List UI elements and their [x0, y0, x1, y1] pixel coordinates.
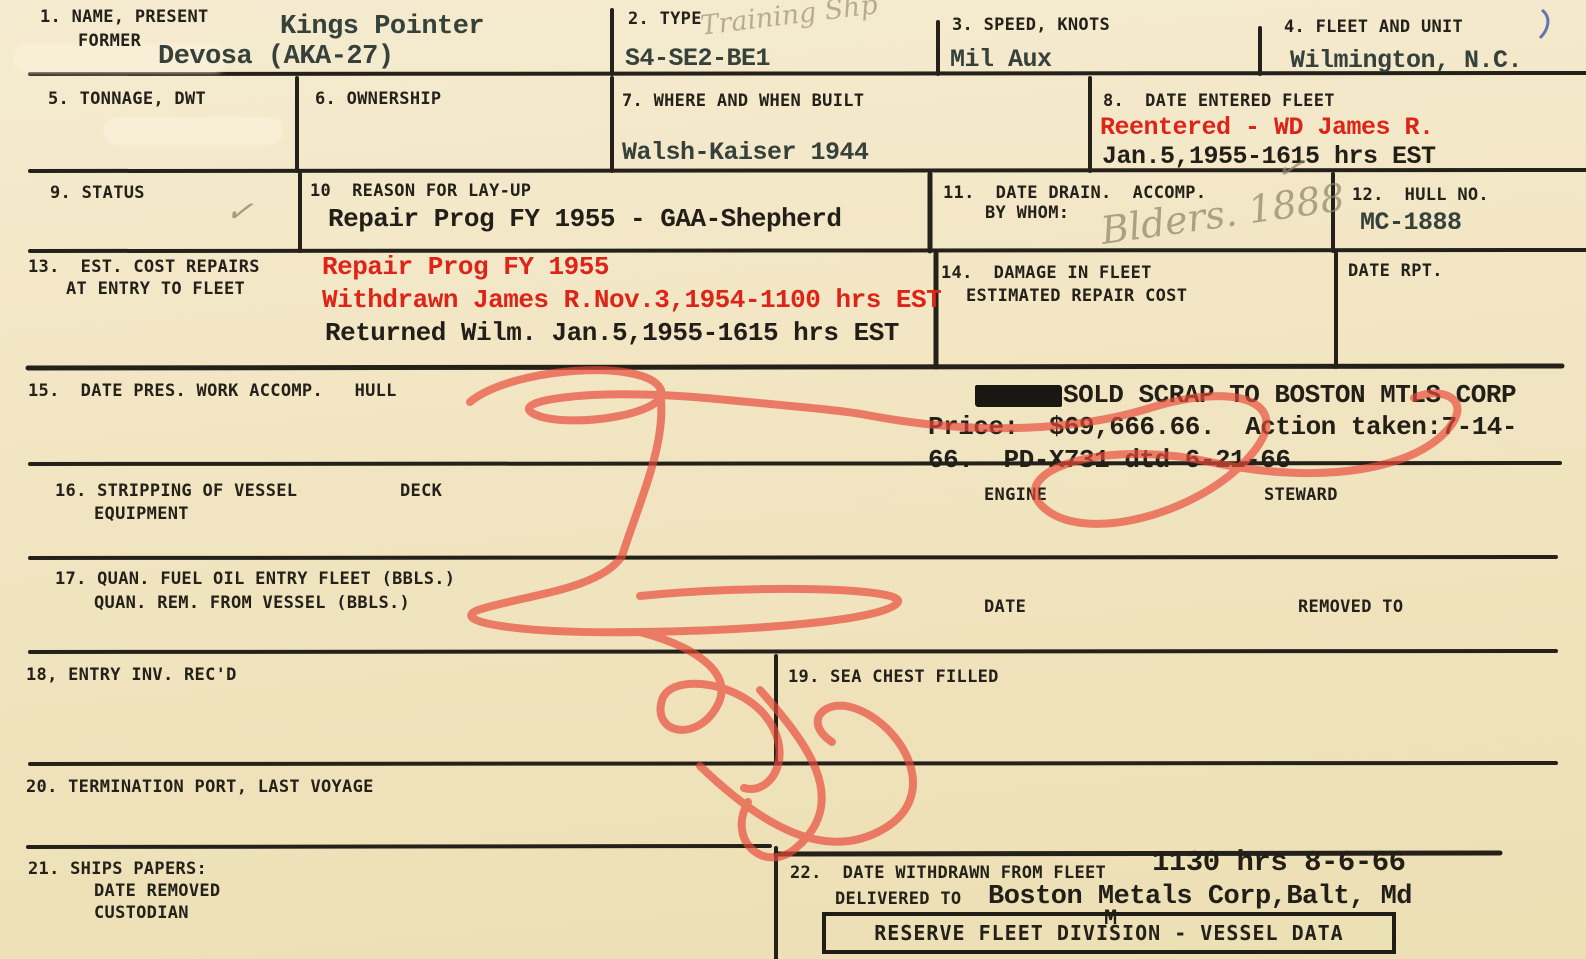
- field21-label-line2: DATE REMOVED: [94, 882, 220, 901]
- field11-label-by-whom: BY WHOM:: [985, 204, 1069, 223]
- field22-value-date: 1130 hrs 8-6-66: [1152, 846, 1406, 879]
- field1-label: 1. NAME, PRESENT: [40, 8, 209, 27]
- field10-label: 10 REASON FOR LAY-UP: [310, 182, 531, 201]
- field4-value: Wilmington, N.C.: [1290, 46, 1522, 75]
- field4-label: 4. FLEET AND UNIT: [1284, 18, 1463, 37]
- field15-sold-line3: 66. PD-X731 dtd 6-21-66: [928, 445, 1290, 475]
- field13-red-line2: Withdrawn James R.Nov.3,1954-1100 hrs ES…: [322, 285, 941, 315]
- field21-label: 21. SHIPS PAPERS:: [28, 860, 207, 879]
- field19-label: 19. SEA CHEST FILLED: [788, 668, 999, 687]
- field1-label-former: FORMER: [78, 32, 141, 51]
- field16-label-line2: EQUIPMENT: [94, 505, 189, 524]
- field21-label-line3: CUSTODIAN: [94, 904, 189, 923]
- field3-value: Mil Aux: [950, 45, 1052, 74]
- field12-value: MC-1888: [1360, 208, 1462, 237]
- field16-label: 16. STRIPPING OF VESSEL: [55, 482, 297, 501]
- field10-value: Repair Prog FY 1955 - GAA-Shepherd: [328, 204, 842, 234]
- field14-date-rpt-label: DATE RPT.: [1348, 262, 1443, 281]
- field13-label: 13. EST. COST REPAIRS: [28, 258, 260, 277]
- field13-black-line: Returned Wilm. Jan.5,1955-1615 hrs EST: [325, 318, 899, 348]
- field14-label: 14. DAMAGE IN FLEET: [941, 264, 1152, 283]
- field17-col-removed-to: REMOVED TO: [1298, 598, 1403, 617]
- field17-label-line2: QUAN. REM. FROM VESSEL (BBLS.): [94, 594, 410, 613]
- field16-col-deck: DECK: [400, 482, 442, 501]
- field22-label-delivered: DELIVERED TO: [835, 890, 961, 909]
- field13-label-line2: AT ENTRY TO FLEET: [66, 280, 245, 299]
- field8-label: 8. DATE ENTERED FLEET: [1103, 92, 1335, 111]
- field8-value-red: Reentered - WD James R.: [1100, 113, 1434, 142]
- field17-label: 17. QUAN. FUEL OIL ENTRY FLEET (BBLS.): [55, 570, 455, 589]
- field7-value: Walsh-Kaiser 1944: [622, 138, 869, 167]
- field8-value-date: Jan.5,1955-1615 hrs EST: [1102, 142, 1436, 171]
- field9-status-checkmark: ✓: [223, 190, 255, 231]
- field14-label-line2: ESTIMATED REPAIR COST: [966, 287, 1187, 306]
- field16-col-steward: STEWARD: [1264, 486, 1338, 505]
- field2-label: 2. TYPE: [628, 10, 702, 29]
- field15-sold-line2: Price: $69,666.66. Action taken:7-14-: [928, 412, 1517, 442]
- field3-label: 3. SPEED, KNOTS: [952, 16, 1110, 35]
- field20-label: 20. TERMINATION PORT, LAST VOYAGE: [26, 778, 374, 797]
- field2-pencil-note: Training Shp: [699, 0, 880, 42]
- field22-value-delivered: Boston Metals Corp,Balt, Md: [988, 882, 1412, 912]
- blue-pen-mark: [1540, 10, 1548, 38]
- field15-label: 15. DATE PRES. WORK ACCOMP. HULL: [28, 382, 397, 401]
- field15-sold-line1: SOLD SCRAP TO BOSTON MTLS CORP: [1063, 380, 1516, 410]
- field1-value-present: Kings Pointer: [280, 12, 484, 42]
- field18-label: 18, ENTRY INV. REC'D: [26, 666, 237, 685]
- field2-value: S4-SE2-BE1: [625, 44, 770, 73]
- field1-value-former: Devosa (AKA-27): [158, 42, 394, 72]
- whiteout-patch-tonnage: [104, 118, 282, 144]
- field16-col-engine: ENGINE: [984, 486, 1047, 505]
- field12-label: 12. HULL NO.: [1352, 186, 1489, 205]
- vessel-data-card: 1. NAME, PRESENT FORMER Kings Pointer De…: [0, 0, 1586, 959]
- field6-label: 6. OWNERSHIP: [315, 90, 441, 109]
- blacked-out-text: [975, 385, 1061, 406]
- field22-label: 22. DATE WITHDRAWN FROM FLEET: [790, 864, 1106, 883]
- field13-red-line1: Repair Prog FY 1955: [322, 252, 609, 282]
- field7-label: 7. WHERE AND WHEN BUILT: [622, 92, 864, 111]
- footer-title-box: RESERVE FLEET DIVISION - VESSEL DATA: [822, 912, 1396, 954]
- field5-label: 5. TONNAGE, DWT: [48, 90, 206, 109]
- footer-title: RESERVE FLEET DIVISION - VESSEL DATA: [874, 922, 1343, 944]
- field17-col-date: DATE: [984, 598, 1026, 617]
- field9-label: 9. STATUS: [50, 184, 145, 203]
